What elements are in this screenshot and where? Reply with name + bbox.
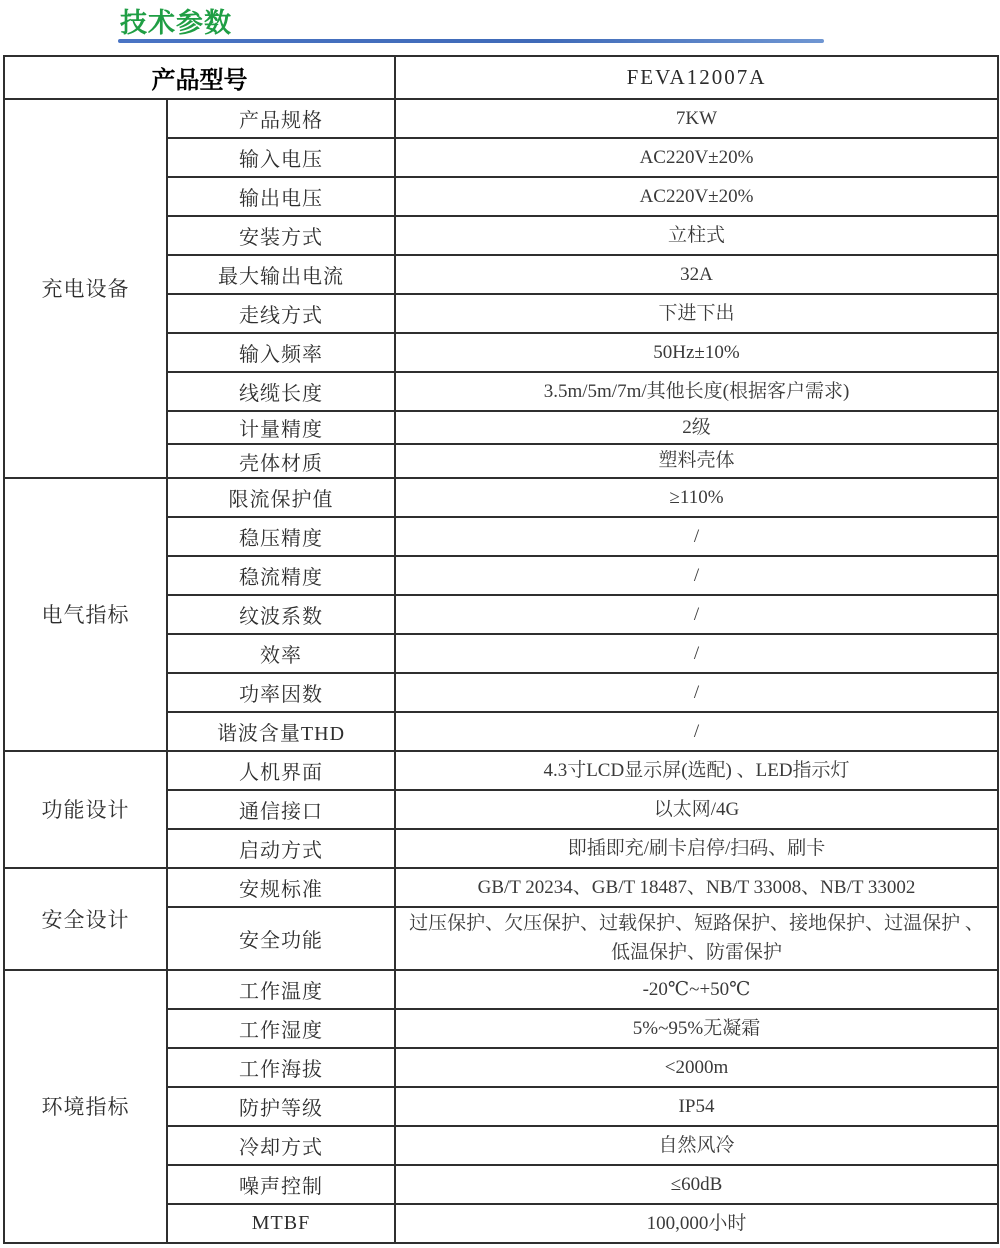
- spec-table: 产品型号 FEVA12007A 充电设备产品规格7KW输入电压AC220V±20…: [3, 55, 999, 1244]
- param-cell: 启动方式: [167, 829, 395, 868]
- value-cell: 塑料壳体: [395, 444, 998, 477]
- param-cell: 稳压精度: [167, 517, 395, 556]
- value-cell: /: [395, 595, 998, 634]
- group-cell: 安全设计: [4, 868, 167, 970]
- param-cell: MTBF: [167, 1204, 395, 1243]
- table-row: 功能设计人机界面4.3寸LCD显示屏(选配) 、LED指示灯: [4, 751, 998, 790]
- value-cell: 3.5m/5m/7m/其他长度(根据客户需求): [395, 372, 998, 411]
- param-cell: 壳体材质: [167, 444, 395, 477]
- value-cell: 以太网/4G: [395, 790, 998, 829]
- value-cell: /: [395, 556, 998, 595]
- param-cell: 稳流精度: [167, 556, 395, 595]
- value-cell: /: [395, 517, 998, 556]
- value-cell: /: [395, 712, 998, 751]
- param-cell: 防护等级: [167, 1087, 395, 1126]
- model-value-cell: FEVA12007A: [395, 56, 998, 99]
- value-cell: 过压保护、欠压保护、过载保护、短路保护、接地保护、过温保护 、低温保护、防雷保护: [395, 907, 998, 970]
- value-cell: 2级: [395, 411, 998, 444]
- param-cell: 工作湿度: [167, 1009, 395, 1048]
- param-cell: 效率: [167, 634, 395, 673]
- value-cell: AC220V±20%: [395, 138, 998, 177]
- value-cell: -20℃~+50℃: [395, 970, 998, 1009]
- page-header: 技术参数: [0, 0, 1000, 55]
- param-cell: 通信接口: [167, 790, 395, 829]
- value-cell: 7KW: [395, 99, 998, 138]
- param-cell: 工作温度: [167, 970, 395, 1009]
- title-underline: [118, 39, 824, 43]
- value-cell: 5%~95%无凝霜: [395, 1009, 998, 1048]
- param-cell: 工作海拔: [167, 1048, 395, 1087]
- value-cell: AC220V±20%: [395, 177, 998, 216]
- model-label-cell: 产品型号: [4, 56, 395, 99]
- value-cell: 自然风冷: [395, 1126, 998, 1165]
- table-row: 充电设备产品规格7KW: [4, 99, 998, 138]
- value-cell: 4.3寸LCD显示屏(选配) 、LED指示灯: [395, 751, 998, 790]
- value-cell: 32A: [395, 255, 998, 294]
- param-cell: 走线方式: [167, 294, 395, 333]
- value-cell: GB/T 20234、GB/T 18487、NB/T 33008、NB/T 33…: [395, 868, 998, 907]
- value-cell: 立柱式: [395, 216, 998, 255]
- param-cell: 安装方式: [167, 216, 395, 255]
- value-cell: <2000m: [395, 1048, 998, 1087]
- param-cell: 线缆长度: [167, 372, 395, 411]
- param-cell: 限流保护值: [167, 478, 395, 517]
- param-cell: 人机界面: [167, 751, 395, 790]
- spec-table-body: 产品型号 FEVA12007A 充电设备产品规格7KW输入电压AC220V±20…: [4, 56, 998, 1243]
- param-cell: 冷却方式: [167, 1126, 395, 1165]
- group-cell: 电气指标: [4, 478, 167, 751]
- param-cell: 最大输出电流: [167, 255, 395, 294]
- value-cell: 下进下出: [395, 294, 998, 333]
- group-cell: 充电设备: [4, 99, 167, 478]
- param-cell: 噪声控制: [167, 1165, 395, 1204]
- param-cell: 输入频率: [167, 333, 395, 372]
- table-row: 安全设计安规标准GB/T 20234、GB/T 18487、NB/T 33008…: [4, 868, 998, 907]
- param-cell: 计量精度: [167, 411, 395, 444]
- value-cell: IP54: [395, 1087, 998, 1126]
- value-cell: ≥110%: [395, 478, 998, 517]
- value-cell: 即插即充/刷卡启停/扫码、刷卡: [395, 829, 998, 868]
- value-cell: /: [395, 634, 998, 673]
- table-row: 环境指标工作温度-20℃~+50℃: [4, 970, 998, 1009]
- param-cell: 输入电压: [167, 138, 395, 177]
- param-cell: 输出电压: [167, 177, 395, 216]
- page-title: 技术参数: [120, 1, 232, 40]
- table-row: 电气指标限流保护值≥110%: [4, 478, 998, 517]
- table-header-row: 产品型号 FEVA12007A: [4, 56, 998, 99]
- group-cell: 环境指标: [4, 970, 167, 1243]
- value-cell: 100,000小时: [395, 1204, 998, 1243]
- param-cell: 谐波含量THD: [167, 712, 395, 751]
- param-cell: 产品规格: [167, 99, 395, 138]
- param-cell: 安规标准: [167, 868, 395, 907]
- param-cell: 安全功能: [167, 907, 395, 970]
- value-cell: ≤60dB: [395, 1165, 998, 1204]
- value-cell: 50Hz±10%: [395, 333, 998, 372]
- group-cell: 功能设计: [4, 751, 167, 868]
- param-cell: 功率因数: [167, 673, 395, 712]
- param-cell: 纹波系数: [167, 595, 395, 634]
- value-cell: /: [395, 673, 998, 712]
